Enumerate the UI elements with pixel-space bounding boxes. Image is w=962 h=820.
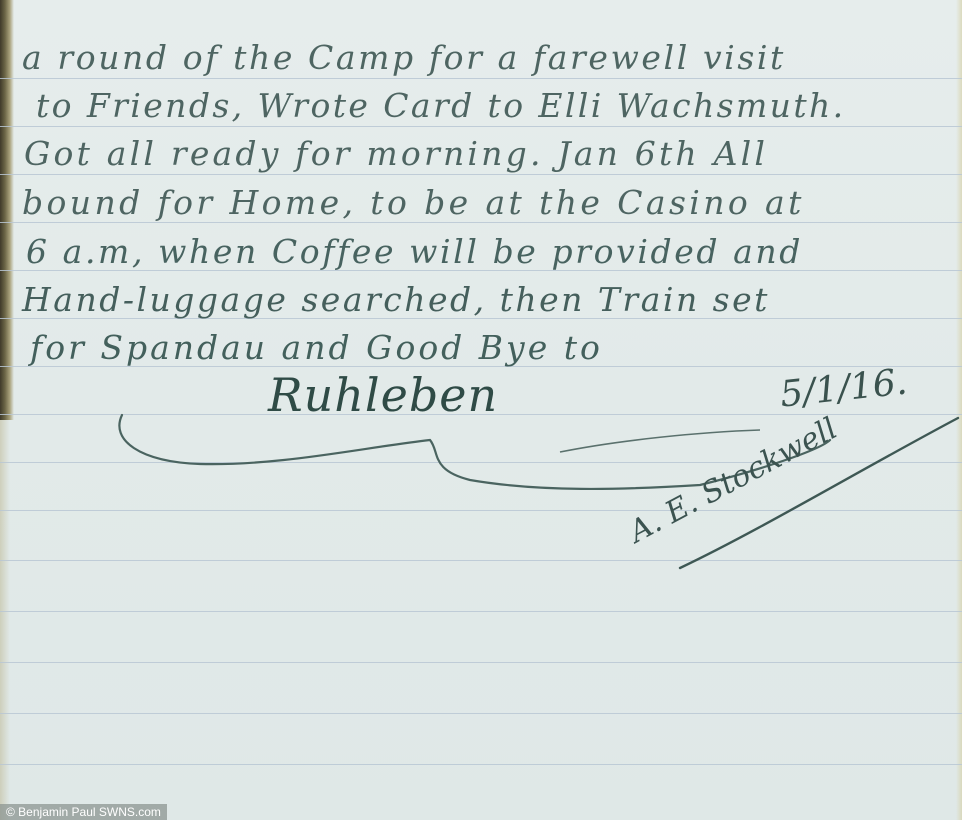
diary-page: a round of the Camp for a farewell visit… — [0, 0, 962, 820]
photo-credit: © Benjamin Paul SWNS.com — [0, 804, 167, 820]
signature-flourish — [0, 0, 962, 820]
